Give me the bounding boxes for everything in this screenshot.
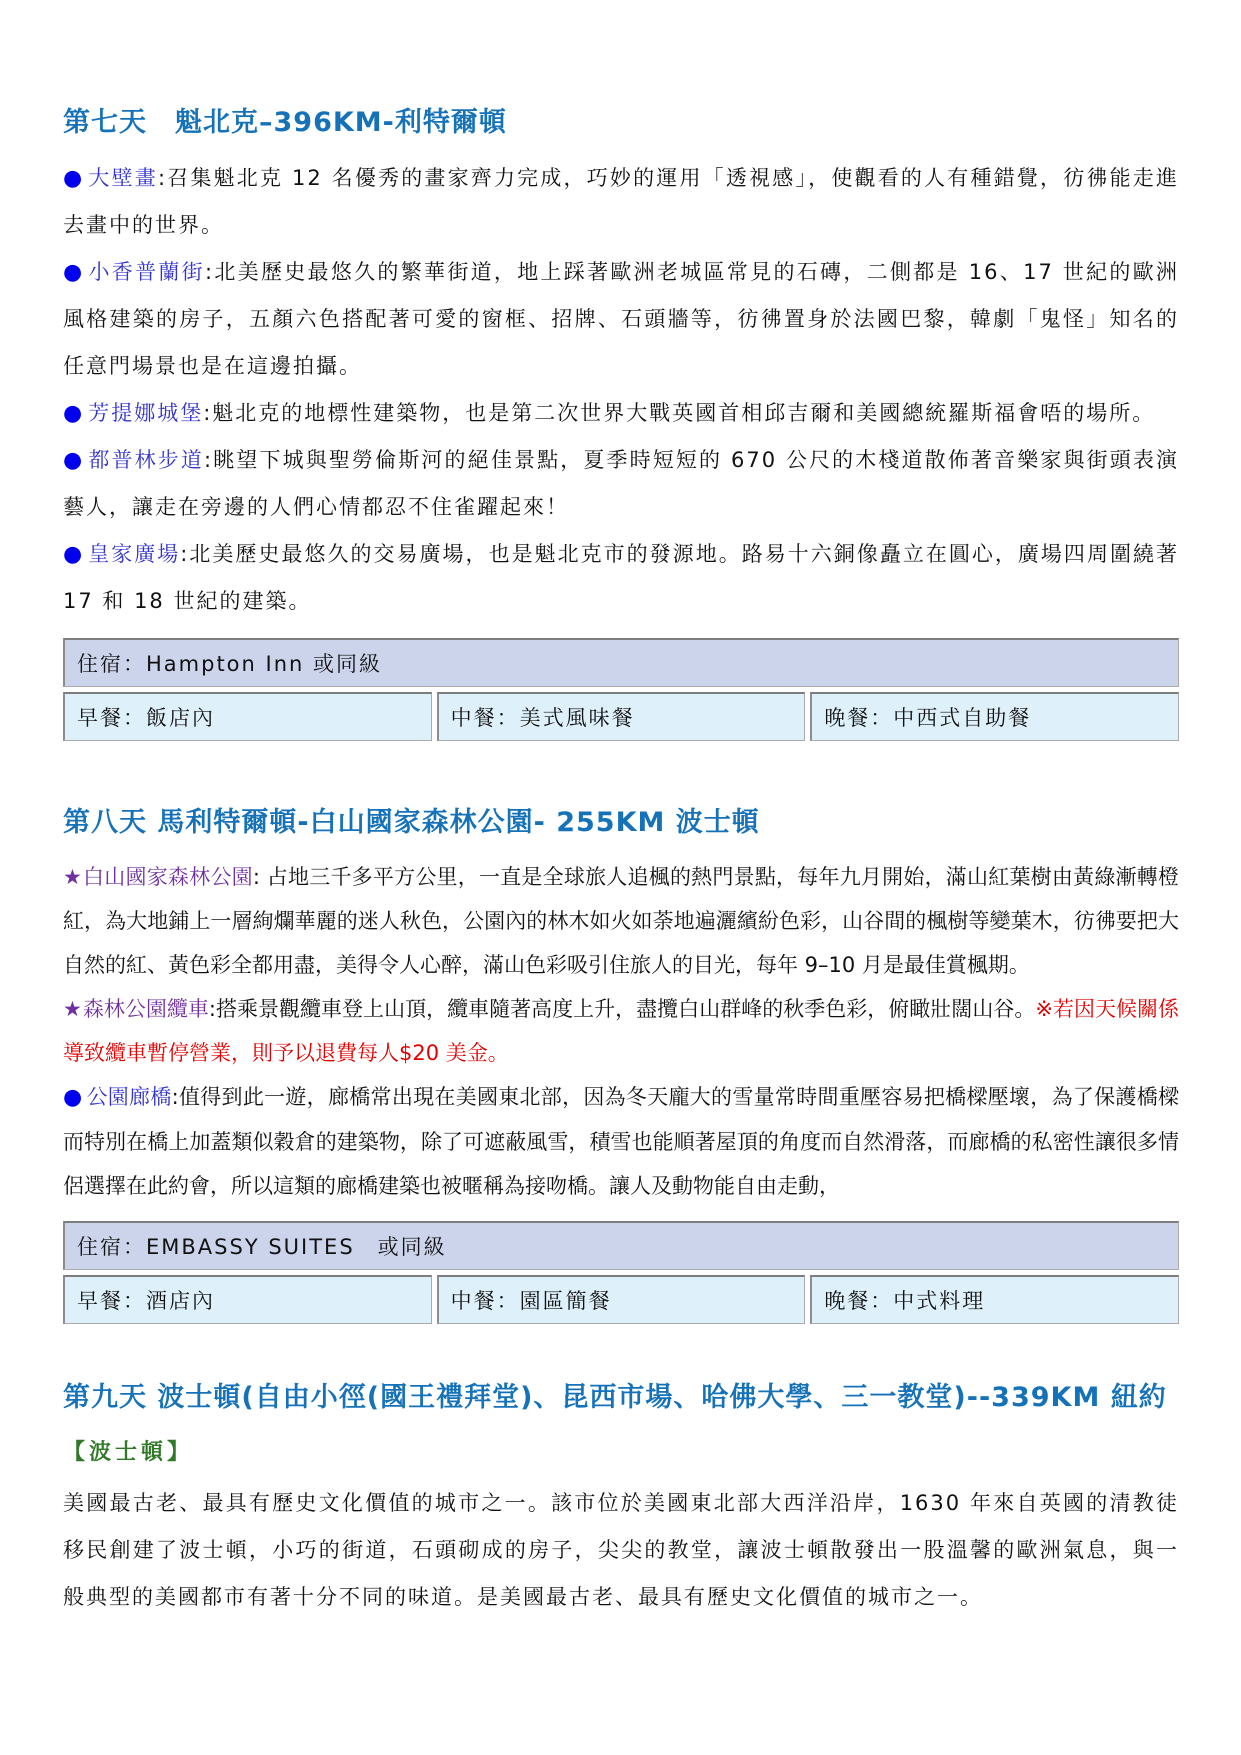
poi-label: 大壁畫 — [88, 166, 158, 190]
day7-poi-mural: ●大壁畫:召集魁北克 12 名優秀的畫家齊力完成，巧妙的運用「透視感」，使觀看的… — [63, 155, 1179, 249]
poi-text: :眺望下城與聖勞倫斯河的絕佳景點，夏季時短短的 670 公尺的木棧道散佈著音樂家… — [63, 448, 1179, 519]
meals-row: 早餐：酒店內 中餐：園區簡餐 晚餐：中式料理 — [63, 1275, 1179, 1324]
day7-poi-dufferin: ●都普林步道:眺望下城與聖勞倫斯河的絕佳景點，夏季時短短的 670 公尺的木棧道… — [63, 437, 1179, 531]
day7-poi-frontenac: ●芳提娜城堡:魁北克的地標性建築物，也是第二次世界大戰英國首相邱吉爾和美國總統羅… — [63, 390, 1179, 437]
bullet-icon: ● — [63, 166, 84, 191]
day8-poi-white-mountain: ★白山國家森林公園: 占地三千多平方公里，一直是全球旅人追楓的熱門景點，每年九月… — [63, 855, 1179, 987]
star-icon: ★ — [63, 997, 82, 1021]
dinner-cell: 晚餐：中式料理 — [810, 1275, 1179, 1324]
accommodation-row: 住宿：Hampton Inn 或同級 — [63, 638, 1179, 687]
day8-poi-covered-bridge: ●公園廊橋:值得到此一遊，廊橋常出現在美國東北部，因為冬天龐大的雪量常時間重壓容… — [63, 1075, 1179, 1208]
poi-text: :值得到此一遊，廊橋常出現在美國東北部，因為冬天龐大的雪量常時間重壓容易把橋樑壓… — [63, 1085, 1179, 1198]
accommodation-cell: 住宿：Hampton Inn 或同級 — [63, 638, 1179, 687]
poi-label: 皇家廣場 — [88, 542, 180, 566]
bullet-icon: ● — [63, 448, 84, 473]
day8-lodging-table: 住宿：EMBASSY SUITES 或同級 早餐：酒店內 中餐：園區簡餐 晚餐：… — [58, 1216, 1184, 1329]
poi-text: :北美歷史最悠久的繁華街道，地上踩著歐洲老城區常見的石磚，二側都是 16、17 … — [63, 260, 1179, 378]
poi-text: :北美歷史最悠久的交易廣場，也是魁北克市的發源地。路易十六銅像矗立在圓心，廣場四… — [63, 542, 1179, 613]
boston-description: 美國最古老、最具有歷史文化價值的城市之一。該市位於美國東北部大西洋沿岸，1630… — [63, 1480, 1179, 1621]
poi-label: 小香普蘭街 — [89, 260, 205, 284]
poi-label: 公園廊橋 — [86, 1085, 171, 1109]
lunch-cell: 中餐：園區簡餐 — [437, 1275, 806, 1324]
poi-label: 森林公園纜車 — [83, 997, 209, 1021]
accommodation-cell: 住宿：EMBASSY SUITES 或同級 — [63, 1221, 1179, 1270]
bullet-icon: ● — [63, 542, 84, 567]
bullet-icon: ● — [63, 260, 85, 285]
accommodation-row: 住宿：EMBASSY SUITES 或同級 — [63, 1221, 1179, 1270]
day7-heading: 第七天 魁北克–396KM-利特爾頓 — [63, 100, 1179, 145]
bullet-icon: ● — [63, 401, 84, 426]
day8-poi-gondola: ★森林公園纜車:搭乘景觀纜車登上山頂，纜車隨著高度上升，盡攬白山群峰的秋季色彩，… — [63, 987, 1179, 1075]
poi-text: :魁北克的地標性建築物，也是第二次世界大戰英國首相邱吉爾和美國總統羅斯福會唔的場… — [203, 401, 1155, 425]
day7-lodging-table: 住宿：Hampton Inn 或同級 早餐：飯店內 中餐：美式風味餐 晚餐：中西… — [58, 633, 1184, 746]
boston-subtitle: 【波士頓】 — [63, 1436, 1179, 1470]
meals-row: 早餐：飯店內 中餐：美式風味餐 晚餐：中西式自助餐 — [63, 692, 1179, 741]
day9-heading: 第九天 波士頓(自由小徑(國王禮拜堂)、昆西市場、哈佛大學、三一教堂)--339… — [63, 1375, 1179, 1420]
breakfast-cell: 早餐：飯店內 — [63, 692, 432, 741]
day8-heading: 第八天 馬利特爾頓-白山國家森林公園- 255KM 波士頓 — [63, 800, 1179, 845]
poi-label: 白山國家森林公園 — [83, 865, 253, 889]
poi-label: 都普林步道 — [88, 448, 204, 472]
day7-poi-place-royale: ●皇家廣場:北美歷史最悠久的交易廣場，也是魁北克市的發源地。路易十六銅像矗立在圓… — [63, 531, 1179, 625]
itinerary-page: 第七天 魁北克–396KM-利特爾頓 ●大壁畫:召集魁北克 12 名優秀的畫家齊… — [0, 0, 1241, 1661]
poi-label: 芳提娜城堡 — [88, 401, 203, 425]
breakfast-cell: 早餐：酒店內 — [63, 1275, 432, 1324]
poi-text: :搭乘景觀纜車登上山頂，纜車隨著高度上升，盡攬白山群峰的秋季色彩，俯瞰壯闊山谷。 — [209, 997, 1035, 1021]
bullet-icon: ● — [63, 1085, 82, 1110]
lunch-cell: 中餐：美式風味餐 — [437, 692, 806, 741]
day7-poi-petit-champlain: ●小香普蘭街:北美歷史最悠久的繁華街道，地上踩著歐洲老城區常見的石磚，二側都是 … — [63, 249, 1179, 390]
star-icon: ★ — [63, 865, 82, 889]
dinner-cell: 晚餐：中西式自助餐 — [810, 692, 1179, 741]
poi-text: :召集魁北克 12 名優秀的畫家齊力完成，巧妙的運用「透視感」，使觀看的人有種錯… — [63, 166, 1179, 237]
